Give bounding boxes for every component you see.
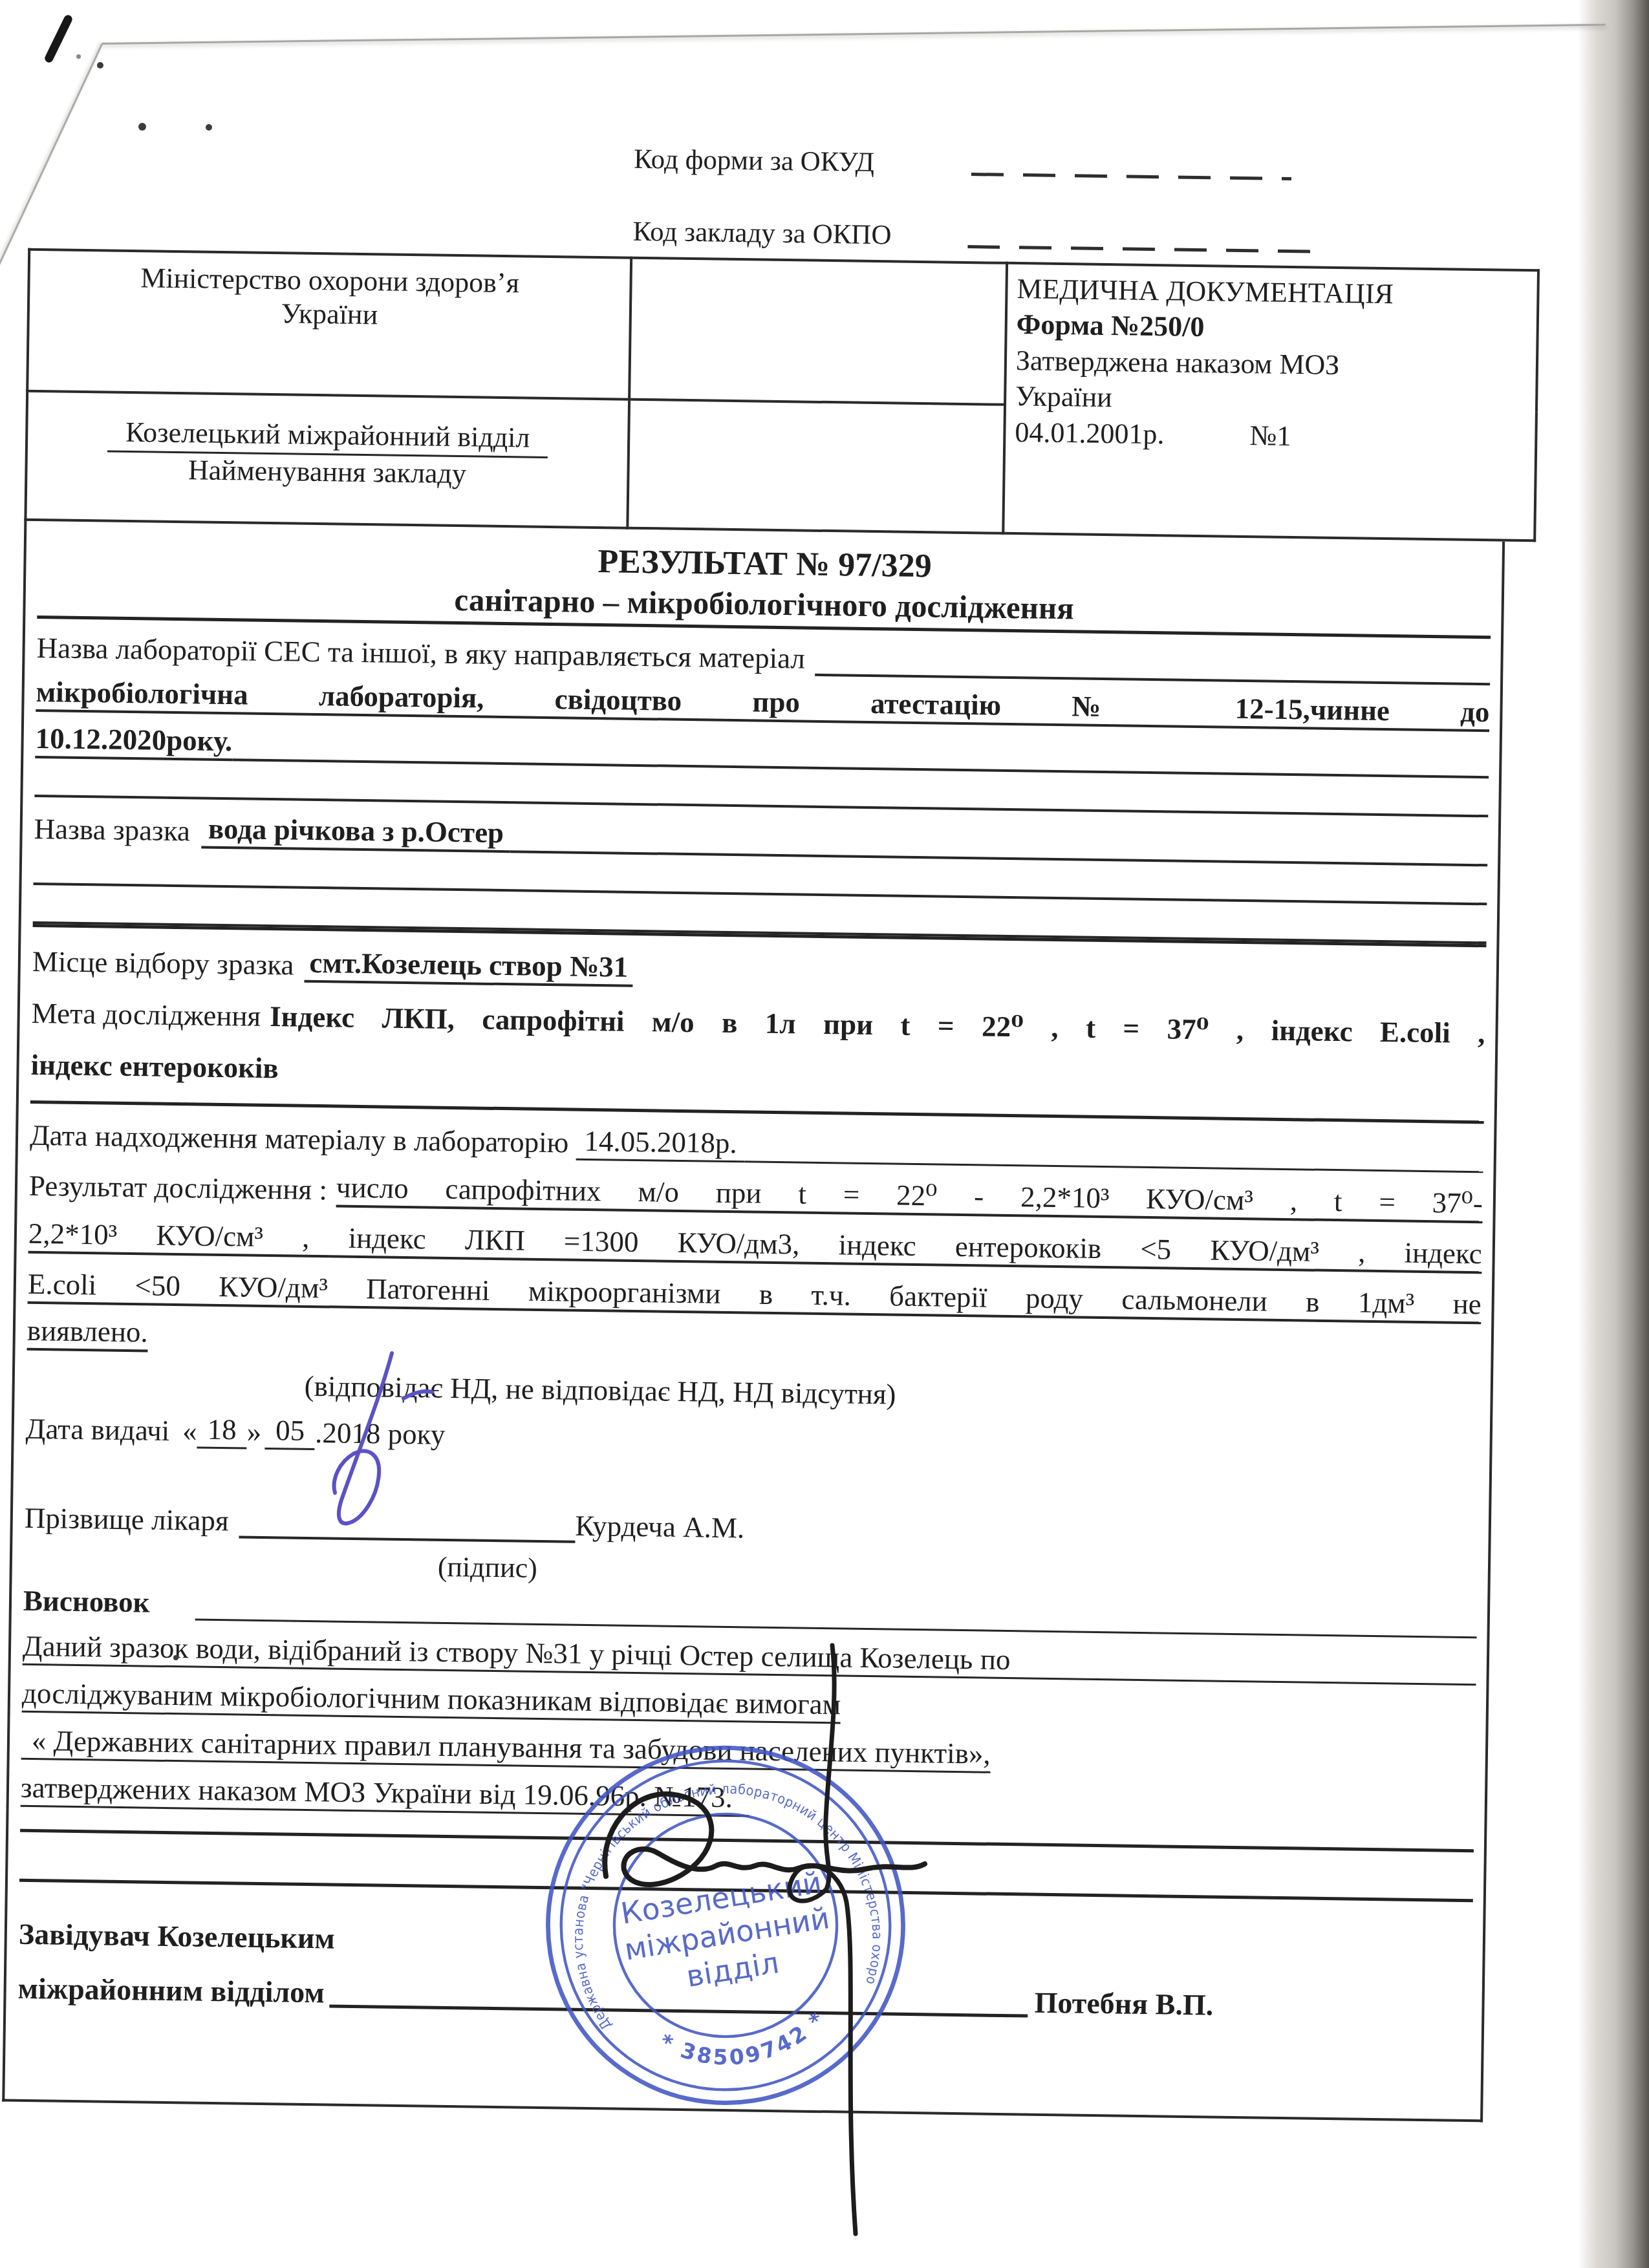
- form-body: РЕЗУЛЬТАТ № 97/329 санітарно – мікробіол…: [2, 521, 1505, 2123]
- quote-close: »: [246, 1415, 261, 1450]
- scanner-edge-shadow: [1578, 0, 1649, 2268]
- head-label-line2: міжрайонним відділом: [17, 1971, 325, 2010]
- head-signature-blank: [329, 2004, 1028, 2017]
- sample-value: вода річкова з р.Остер: [202, 811, 511, 853]
- scan-speck: [76, 54, 81, 59]
- issue-day: 18: [197, 1412, 247, 1449]
- purpose-value-line2: індекс ентерококів: [30, 1048, 279, 1086]
- facility-cell: Козелецький міжрайонний відділ Найменува…: [25, 391, 629, 528]
- doctor-label: Прізвище лікаря: [24, 1501, 229, 1538]
- empty-cell: [627, 400, 1005, 533]
- okpo-label: Код закладу за ОКПО: [632, 216, 891, 252]
- result-line4: виявлено.: [27, 1314, 148, 1353]
- empty-cell: [629, 258, 1007, 405]
- med-doc-cell: МЕДИЧНА ДОКУМЕНТАЦІЯ Форма №250/0 Затвер…: [1003, 263, 1538, 540]
- scanned-document: Код форми за ОКУД Код закладу за ОКПО Мі…: [0, 0, 1649, 2268]
- result-label: Результат дослідження :: [29, 1169, 328, 1208]
- quote-open: «: [182, 1414, 197, 1448]
- doctor-name: Курдеча А.М.: [575, 1509, 744, 1546]
- approved-date: 04.01.2001р.: [1015, 416, 1165, 450]
- ink-dot: [173, 1655, 178, 1660]
- footer-block: Завідувач Козелецьким міжрайонним відділ…: [16, 1882, 1472, 2119]
- header-table: Міністерство охорони здоров’я України МЕ…: [24, 248, 1540, 542]
- paper-top-edge: [102, 24, 1606, 45]
- sample-label: Назва зразка: [34, 812, 190, 848]
- okud-code-blank: [971, 173, 1291, 180]
- approved-number: №1: [1249, 420, 1291, 452]
- approved-date-row: 04.01.2001р. №1: [1015, 414, 1526, 457]
- ministry-cell: Міністерство охорони здоров’я України: [27, 250, 631, 400]
- conclusion-label: Висновок: [23, 1584, 150, 1620]
- purpose-label: Мета дослідження: [31, 996, 261, 1034]
- okpo-code-blank: [967, 245, 1310, 253]
- issue-year: .2018 року: [315, 1416, 446, 1452]
- scan-corner-mark: [43, 14, 74, 64]
- facility-name: Козелецький міжрайонний відділ: [107, 415, 548, 458]
- scan-speck: [97, 62, 103, 69]
- okud-label: Код форми за ОКУД: [634, 144, 874, 180]
- form-content: Код форми за ОКУД Код закладу за ОКПО Мі…: [2, 122, 1517, 2123]
- signature-caption: (підпис): [437, 1550, 537, 1585]
- lab-value-line2: 10.12.2020року.: [35, 722, 232, 761]
- head-name: Потебня В.П.: [1034, 1985, 1213, 2022]
- place-label: Місце відбору зразка: [32, 945, 294, 983]
- issue-month: 05: [265, 1413, 316, 1450]
- issue-date-label: Дата видачі: [25, 1412, 169, 1448]
- okud-code-row: Код форми за ОКУД: [29, 122, 1517, 189]
- received-value: 14.05.2018р.: [576, 1124, 745, 1163]
- place-value: смт.Козелець створ №31: [304, 946, 634, 987]
